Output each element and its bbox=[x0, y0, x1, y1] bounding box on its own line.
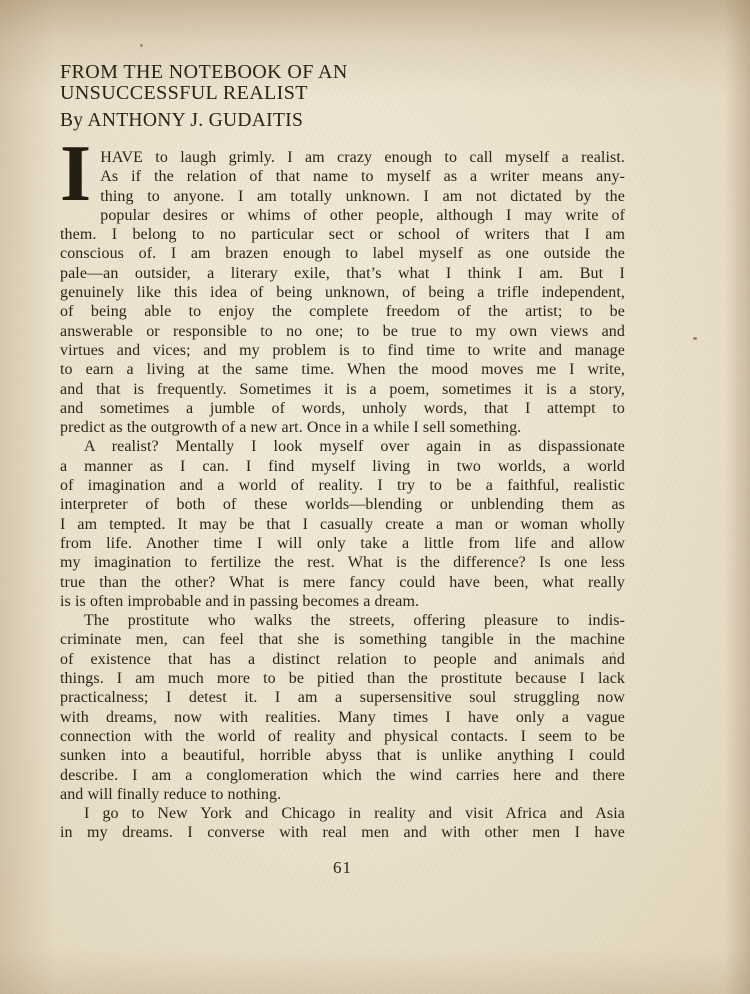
text-line: criminate men, can feel that she is some… bbox=[60, 630, 625, 649]
article-title-line-2: UNSUCCESSFUL REALIST bbox=[60, 83, 625, 104]
text-line: is is often improbable and in passing be… bbox=[60, 592, 625, 611]
text-line: HAVE to laugh grimly. I am crazy enough … bbox=[60, 148, 625, 167]
text-line: practicalness; I detest it. I am a super… bbox=[60, 688, 625, 707]
text-line: my imagination to fertilize the rest. Wh… bbox=[60, 553, 625, 572]
text-line: I am tempted. It may be that I casually … bbox=[60, 515, 625, 534]
text-line: sunken into a beautiful, horrible abyss … bbox=[60, 746, 625, 765]
text-line: with dreams, now with realities. Many ti… bbox=[60, 708, 625, 727]
text-line: genuinely like this idea of being unknow… bbox=[60, 283, 625, 302]
text-line: and that is frequently. Sometimes it is … bbox=[60, 380, 625, 399]
article-title-line-1: FROM THE NOTEBOOK OF AN bbox=[60, 62, 625, 83]
text-line: to earn a living at the same time. When … bbox=[60, 360, 625, 379]
byline: By ANTHONY J. GUDAITIS bbox=[60, 110, 625, 131]
page-number: 61 bbox=[60, 858, 625, 878]
paragraph: The prostitute who walks the streets, of… bbox=[60, 611, 625, 804]
text-line: a manner as I can. I find myself living … bbox=[60, 457, 625, 476]
text-line: As if the relation of that name to mysel… bbox=[60, 167, 625, 186]
article-body: IHAVE to laugh grimly. I am crazy enough… bbox=[60, 148, 625, 843]
text-line: in my dreams. I converse with real men a… bbox=[60, 823, 625, 842]
text-line: and sometimes a jumble of words, unholy … bbox=[60, 399, 625, 418]
paper-speck bbox=[140, 44, 143, 47]
text-line: true than the other? What is mere fancy … bbox=[60, 573, 625, 592]
text-line: them. I belong to no particular sect or … bbox=[60, 225, 625, 244]
paragraph: A realist? Mentally I look myself over a… bbox=[60, 437, 625, 611]
text-line: things. I am much more to be pitied than… bbox=[60, 669, 625, 688]
text-line: connection with the world of reality and… bbox=[60, 727, 625, 746]
text-line: answerable or responsible to no one; to … bbox=[60, 322, 625, 341]
text-line: of being able to enjoy the complete free… bbox=[60, 302, 625, 321]
text-line: from life. Another time I will only take… bbox=[60, 534, 625, 553]
text-line: describe. I am a conglomeration which th… bbox=[60, 766, 625, 785]
text-line: The prostitute who walks the streets, of… bbox=[60, 611, 625, 630]
book-page: FROM THE NOTEBOOK OF AN UNSUCCESSFUL REA… bbox=[0, 0, 750, 994]
text-line: virtues and vices; and my problem is to … bbox=[60, 341, 625, 360]
paper-speck bbox=[693, 337, 697, 340]
text-line: I go to New York and Chicago in reality … bbox=[60, 804, 625, 823]
text-line: A realist? Mentally I look myself over a… bbox=[60, 437, 625, 456]
paragraph: IHAVE to laugh grimly. I am crazy enough… bbox=[60, 148, 625, 437]
text-line: pale—an outsider, a literary exile, that… bbox=[60, 264, 625, 283]
drop-cap: I bbox=[60, 134, 91, 206]
text-line: predict as the outgrowth of a new art. O… bbox=[60, 418, 625, 437]
paragraph: I go to New York and Chicago in reality … bbox=[60, 804, 625, 843]
text-line: popular desires or whims of other people… bbox=[60, 206, 625, 225]
text-line: thing to anyone. I am totally unknown. I… bbox=[60, 187, 625, 206]
text-line: conscious of. I am brazen enough to labe… bbox=[60, 244, 625, 263]
article-title: FROM THE NOTEBOOK OF AN UNSUCCESSFUL REA… bbox=[60, 62, 625, 104]
text-line: interpreter of both of these worlds—blen… bbox=[60, 495, 625, 514]
text-line: of imagination and a world of reality. I… bbox=[60, 476, 625, 495]
text-line: and will finally reduce to nothing. bbox=[60, 785, 625, 804]
text-line: of existence that has a distinct relatio… bbox=[60, 650, 625, 669]
text-block: FROM THE NOTEBOOK OF AN UNSUCCESSFUL REA… bbox=[60, 62, 625, 878]
